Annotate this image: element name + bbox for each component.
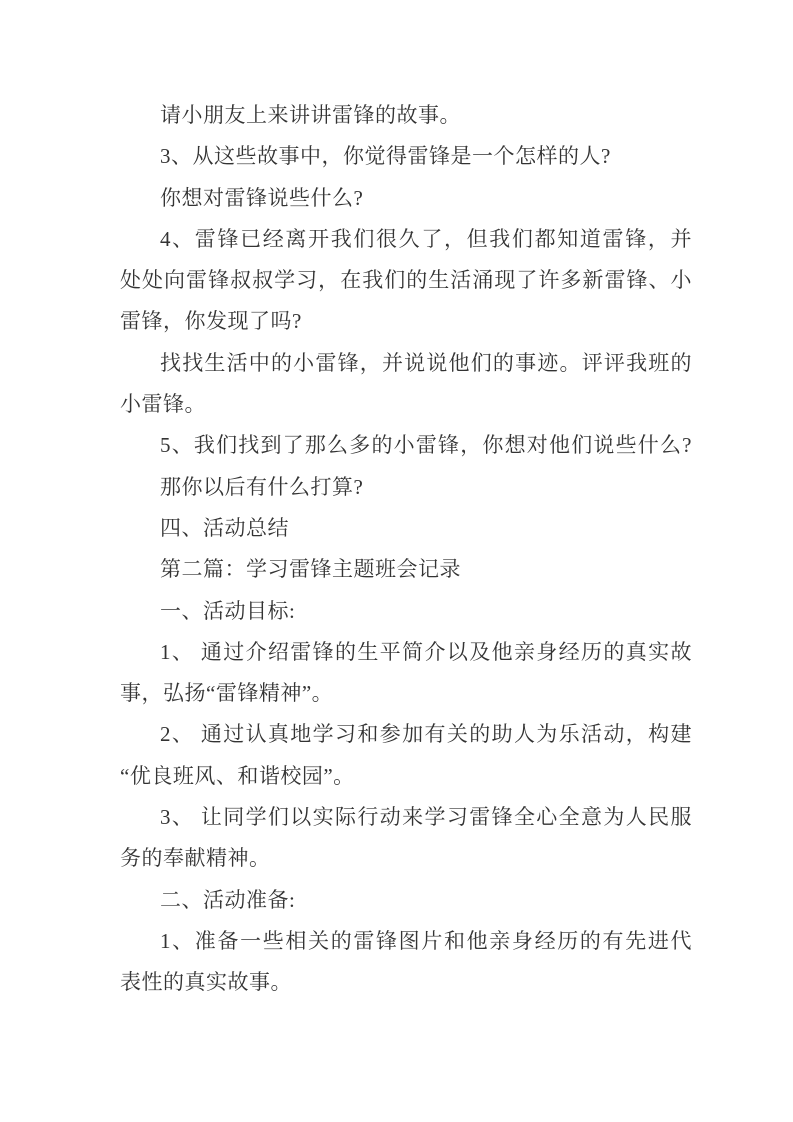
text-line: 事，弘扬“雷锋精神”。 <box>120 673 692 714</box>
text-line: 第二篇：学习雷锋主题班会记录 <box>120 549 692 590</box>
text-line: 2、 通过认真地学习和参加有关的助人为乐活动，构建 <box>120 714 692 755</box>
text-line: 3、 让同学们以实际行动来学习雷锋全心全意为人民服 <box>120 797 692 838</box>
text-line: 表性的真实故事。 <box>120 962 692 1003</box>
text-line: 5、我们找到了那么多的小雷锋，你想对他们说些什么? <box>120 425 692 466</box>
text-line: 四、活动总结 <box>120 508 692 549</box>
document-page: 请小朋友上来讲讲雷锋的故事。 3、从这些故事中，你觉得雷锋是一个怎样的人? 你想… <box>0 0 793 1122</box>
text-line: 4、雷锋已经离开我们很久了，但我们都知道雷锋，并 <box>120 219 692 260</box>
document-body: 请小朋友上来讲讲雷锋的故事。 3、从这些故事中，你觉得雷锋是一个怎样的人? 你想… <box>120 95 692 1004</box>
text-line: 3、从这些故事中，你觉得雷锋是一个怎样的人? <box>120 136 692 177</box>
text-line: 1、 通过介绍雷锋的生平简介以及他亲身经历的真实故 <box>120 632 692 673</box>
text-line: 处处向雷锋叔叔学习，在我们的生活涌现了许多新雷锋、小 <box>120 260 692 301</box>
text-line: 二、活动准备: <box>120 880 692 921</box>
text-line: 雷锋，你发现了吗? <box>120 301 692 342</box>
text-line: 请小朋友上来讲讲雷锋的故事。 <box>120 95 692 136</box>
text-line: 小雷锋。 <box>120 384 692 425</box>
text-line: 1、准备一些相关的雷锋图片和他亲身经历的有先进代 <box>120 921 692 962</box>
text-line: 找找生活中的小雷锋，并说说他们的事迹。评评我班的 <box>120 343 692 384</box>
text-line: 你想对雷锋说些什么? <box>120 178 692 219</box>
text-line: 一、活动目标: <box>120 591 692 632</box>
text-line: 那你以后有什么打算? <box>120 467 692 508</box>
text-line: “优良班风、和谐校园”。 <box>120 756 692 797</box>
text-line: 务的奉献精神。 <box>120 838 692 879</box>
